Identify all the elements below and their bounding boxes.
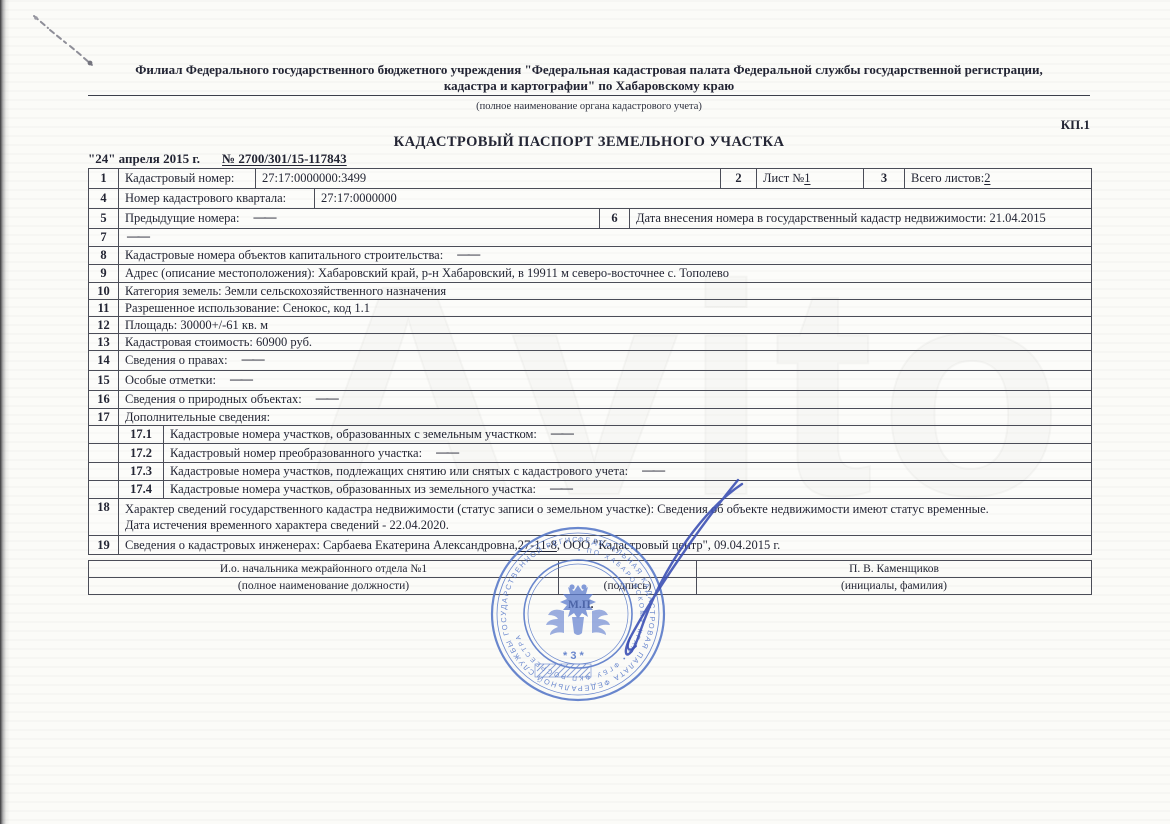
total-sheets-value: 2: [984, 171, 990, 186]
status-info-line1: Характер сведений государственного кадас…: [125, 501, 989, 517]
row-number: 11: [89, 300, 119, 316]
formed-with-parcel-cell: Кадастровые номера участков, образованны…: [164, 426, 1091, 443]
empty-value-dash: ——: [642, 463, 663, 478]
row-number: 18: [89, 499, 119, 535]
empty-value-dash: ——: [316, 391, 337, 406]
removal-parcels-cell: Кадастровые номера участков, подлежащих …: [164, 463, 1091, 480]
sheet-label: Лист №: [763, 171, 804, 186]
cadastral-number-value: 27:17:0000000:3499: [256, 169, 721, 188]
stamp-center-mark: * 3 *: [563, 650, 585, 662]
page-title: КАДАСТРОВЫЙ ПАСПОРТ ЗЕМЕЛЬНОГО УЧАСТКА: [88, 134, 1090, 151]
empty-value-dash: ——: [242, 352, 263, 367]
row-number: 17.4: [119, 481, 164, 498]
form-code: КП.1: [88, 117, 1090, 133]
cadastral-number-label: Кадастровый номер:: [119, 169, 256, 188]
row-number: 13: [89, 334, 119, 350]
row-indent: [89, 426, 119, 443]
org-header-caption: (полное наименование органа кадастрового…: [88, 101, 1090, 112]
capital-objects-label: Кадастровые номера объектов капитального…: [125, 248, 443, 263]
org-header-line2: кадастра и картографии" по Хабаровскому …: [88, 78, 1090, 94]
previous-numbers-cell: Предыдущие номера:——: [119, 209, 600, 228]
row-number: 3: [864, 169, 905, 188]
status-info-line2: Дата истечения временного характера свед…: [125, 517, 449, 533]
quarter-number-label: Номер кадастрового квартала:: [119, 189, 315, 208]
row-number: 17: [89, 409, 119, 425]
scan-left-edge: [0, 0, 10, 824]
row-number: 9: [89, 265, 119, 282]
table-row-13: 13 Кадастровая стоимость: 60900 руб.: [89, 334, 1091, 351]
empty-value-dash: ——: [230, 372, 251, 387]
table-row-17-4: 17.4 Кадастровые номера участков, образо…: [89, 481, 1091, 499]
empty-value-dash: ——: [550, 481, 571, 496]
formed-from-parcel-cell: Кадастровые номера участков, образованны…: [164, 481, 1091, 498]
row-number: 4: [89, 189, 119, 208]
permitted-use-cell: Разрешенное использование: Сенокос, код …: [119, 300, 1091, 316]
total-sheets-label: Всего листов:: [911, 171, 984, 186]
capital-objects-cell: Кадастровые номера объектов капитального…: [119, 247, 1091, 264]
row-number: 10: [89, 283, 119, 299]
row-number: 12: [89, 317, 119, 333]
sheet-cell: Лист № 1: [757, 169, 864, 188]
row-number: 17.3: [119, 463, 164, 480]
empty-value-dash: ——: [436, 445, 457, 460]
table-row-17-3: 17.3 Кадастровые номера участков, подлеж…: [89, 463, 1091, 481]
row-number: 2: [721, 169, 757, 188]
table-row-14: 14 Сведения о правах:——: [89, 351, 1091, 371]
transformed-parcel-cell: Кадастровый номер преобразованного участ…: [164, 444, 1091, 462]
table-row-4: 4 Номер кадастрового квартала: 27:17:000…: [89, 189, 1091, 209]
land-category-cell: Категория земель: Земли сельскохозяйстве…: [119, 283, 1091, 299]
rights-info-cell: Сведения о правах:——: [119, 351, 1091, 370]
row-indent: [89, 463, 119, 480]
table-row-8: 8 Кадастровые номера объектов капитально…: [89, 247, 1091, 265]
empty-value-dash: ——: [457, 247, 478, 262]
address-cell: Адрес (описание местоположения): Хабаров…: [119, 265, 1091, 282]
org-header: Филиал Федерального государственного бюд…: [88, 62, 1090, 96]
row-number: 1: [89, 169, 119, 188]
official-name: П. В. Каменщиков: [697, 561, 1091, 577]
total-sheets-cell: Всего листов: 2: [905, 169, 1091, 188]
row-number: 14: [89, 351, 119, 370]
rights-info-label: Сведения о правах:: [125, 353, 228, 368]
row-number: 17.2: [119, 444, 164, 462]
formed-from-parcel-label: Кадастровые номера участков, образованны…: [170, 482, 536, 497]
empty-value-dash: ——: [253, 210, 274, 225]
table-row-12: 12 Площадь: 30000+/-61 кв. м: [89, 317, 1091, 334]
row-number: 8: [89, 247, 119, 264]
table-row-7: 7 ——: [89, 229, 1091, 247]
formed-with-parcel-label: Кадастровые номера участков, образованны…: [170, 427, 537, 442]
table-row-1: 1 Кадастровый номер: 27:17:0000000:3499 …: [89, 169, 1091, 189]
row-number: 6: [600, 209, 630, 228]
row-indent: [89, 444, 119, 462]
engineers-info-text: Сведения о кадастровых инженерах: Сарбае…: [125, 538, 518, 553]
row-number: 7: [89, 229, 119, 246]
table-row-17-2: 17.2 Кадастровый номер преобразованного …: [89, 444, 1091, 463]
table-row-11: 11 Разрешенное использование: Сенокос, к…: [89, 300, 1091, 317]
cadastral-value-cell: Кадастровая стоимость: 60900 руб.: [119, 334, 1091, 350]
eagle-emblem: [546, 584, 610, 635]
date-line: "24" апреля 2015 г.№ 2700/301/15-117843: [88, 151, 347, 167]
row-number: 5: [89, 209, 119, 228]
table-row-9: 9 Адрес (описание местоположения): Хабар…: [89, 265, 1091, 283]
additional-info-cell: Дополнительные сведения:: [119, 409, 1091, 425]
row-number: 15: [89, 371, 119, 390]
row-number: 16: [89, 391, 119, 408]
empty-value-dash: ——: [551, 426, 572, 441]
table-row-5-6: 5 Предыдущие номера:—— 6 Дата внесения н…: [89, 209, 1091, 229]
previous-numbers-label: Предыдущие номера:: [125, 211, 239, 226]
document-number: № 2700/301/15-117843: [222, 151, 347, 166]
name-caption: (инициалы, фамилия): [697, 578, 1091, 594]
org-header-line1: Филиал Федерального государственного бюд…: [88, 62, 1090, 78]
area-cell: Площадь: 30000+/-61 кв. м: [119, 317, 1091, 333]
table-row-16: 16 Сведения о природных объектах:——: [89, 391, 1091, 409]
registration-date-cell: Дата внесения номера в государственный к…: [630, 209, 1091, 228]
date-text: "24" апреля 2015 г.: [88, 151, 200, 166]
table-row-15: 15 Особые отметки:——: [89, 371, 1091, 391]
sheet-value: 1: [804, 171, 810, 186]
natural-objects-label: Сведения о природных объектах:: [125, 392, 302, 407]
special-notes-label: Особые отметки:: [125, 373, 216, 388]
table-row-10: 10 Категория земель: Земли сельскохозяйс…: [89, 283, 1091, 300]
table-row-17: 17 Дополнительные сведения:: [89, 409, 1091, 426]
cadastral-table: 1 Кадастровый номер: 27:17:0000000:3499 …: [88, 168, 1092, 555]
row-number: 19: [89, 536, 119, 554]
row-number: 17.1: [119, 426, 164, 443]
official-round-stamp: ФЕДЕРАЛЬНАЯ КАДАСТРОВАЯ ПАЛАТА ФЕДЕРАЛЬН…: [489, 525, 667, 703]
empty-value-dash: ——: [127, 229, 148, 244]
table-row-17-1: 17.1 Кадастровые номера участков, образо…: [89, 426, 1091, 444]
quarter-number-value: 27:17:0000000: [315, 189, 1091, 208]
natural-objects-cell: Сведения о природных объектах:——: [119, 391, 1091, 408]
removal-parcels-label: Кадастровые номера участков, подлежащих …: [170, 464, 628, 479]
transformed-parcel-label: Кадастровый номер преобразованного участ…: [170, 446, 422, 461]
special-notes-cell: Особые отметки:——: [119, 371, 1091, 390]
row-indent: [89, 481, 119, 498]
empty-row-cell: ——: [119, 229, 1091, 246]
